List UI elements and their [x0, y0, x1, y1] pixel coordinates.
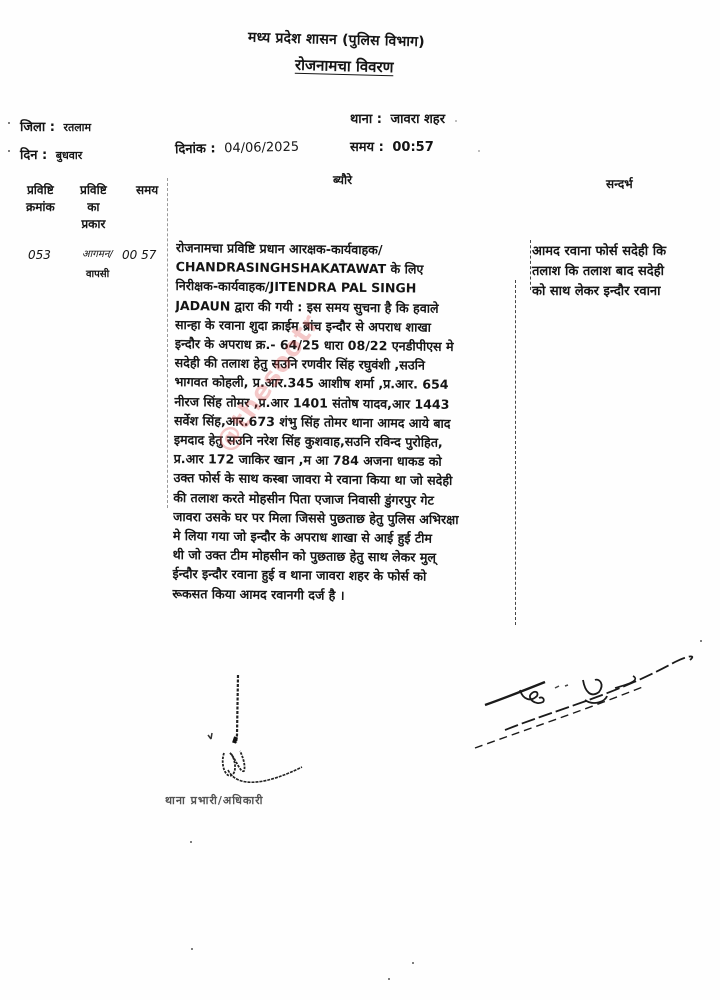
scan-speck — [191, 948, 193, 950]
column-header-time: समय — [136, 182, 158, 199]
department-heading: मध्य प्रदेश शासन (पुलिस विभाग) — [248, 28, 425, 52]
diary-document-page: मध्य प्रदेश शासन (पुलिस विभाग) रोजनामचा … — [0, 0, 720, 1000]
station-label: थाना : — [350, 112, 382, 127]
scan-speck — [412, 962, 414, 964]
district-label: जिला : — [20, 120, 55, 135]
column-header-entry-type: प्रविष्टि का प्रकार — [80, 182, 107, 233]
day-value: बुधवार — [56, 149, 83, 162]
time-label: समय : — [350, 140, 384, 155]
entry-reference: आमद रवाना फोर्स सदेही कि तलाश कि तलाश बा… — [532, 242, 717, 302]
district-value: रतलाम — [63, 121, 91, 134]
day-label: दिन : — [20, 148, 47, 163]
day-field: दिन : बुधवार — [20, 145, 82, 163]
scan-speck — [700, 640, 702, 642]
district-field: जिला : रतलाम — [20, 117, 91, 135]
officer-signature-icon — [190, 675, 370, 795]
date-field: दिनांक : 04/06/2025 — [175, 137, 299, 158]
time-field: समय : 00:57 — [350, 137, 434, 155]
scan-speck — [8, 150, 10, 152]
officer-signature-caption: थाना प्रभारी/अधिकारी — [165, 793, 264, 808]
column-header-reference: सन्दर्भ — [606, 176, 633, 193]
scan-speck — [478, 150, 480, 152]
column-header-details: ब्यौरे — [333, 172, 352, 189]
column-divider-left — [167, 178, 168, 508]
entry-time: 00 57 — [122, 248, 156, 262]
time-value: 00:57 — [392, 140, 433, 155]
column-header-entry-number: प्रविष्टि क्रमांक — [26, 182, 55, 216]
scan-speck — [388, 978, 390, 980]
column-divider-right — [515, 280, 516, 625]
date-value: 04/06/2025 — [224, 140, 299, 157]
scan-speck — [8, 122, 10, 124]
station-field: थाना : जावरा शहर — [350, 109, 445, 127]
document-title: रोजनामचा विवरण — [295, 55, 394, 78]
entry-type-line2: वापसी — [86, 266, 109, 280]
entry-number: 053 — [28, 248, 51, 262]
entry-type-line1: आगमन/ — [82, 246, 113, 260]
entry-details: रोजनामचा प्रविष्टि प्रधान आरक्षक-कार्यवा… — [172, 238, 514, 606]
date-label: दिनांक : — [175, 141, 216, 157]
reference-divider — [530, 240, 531, 290]
scan-speck — [190, 841, 192, 843]
scan-speck — [455, 120, 457, 122]
station-value: जावरा शहर — [391, 112, 446, 127]
inspector-signature-icon — [465, 640, 705, 750]
